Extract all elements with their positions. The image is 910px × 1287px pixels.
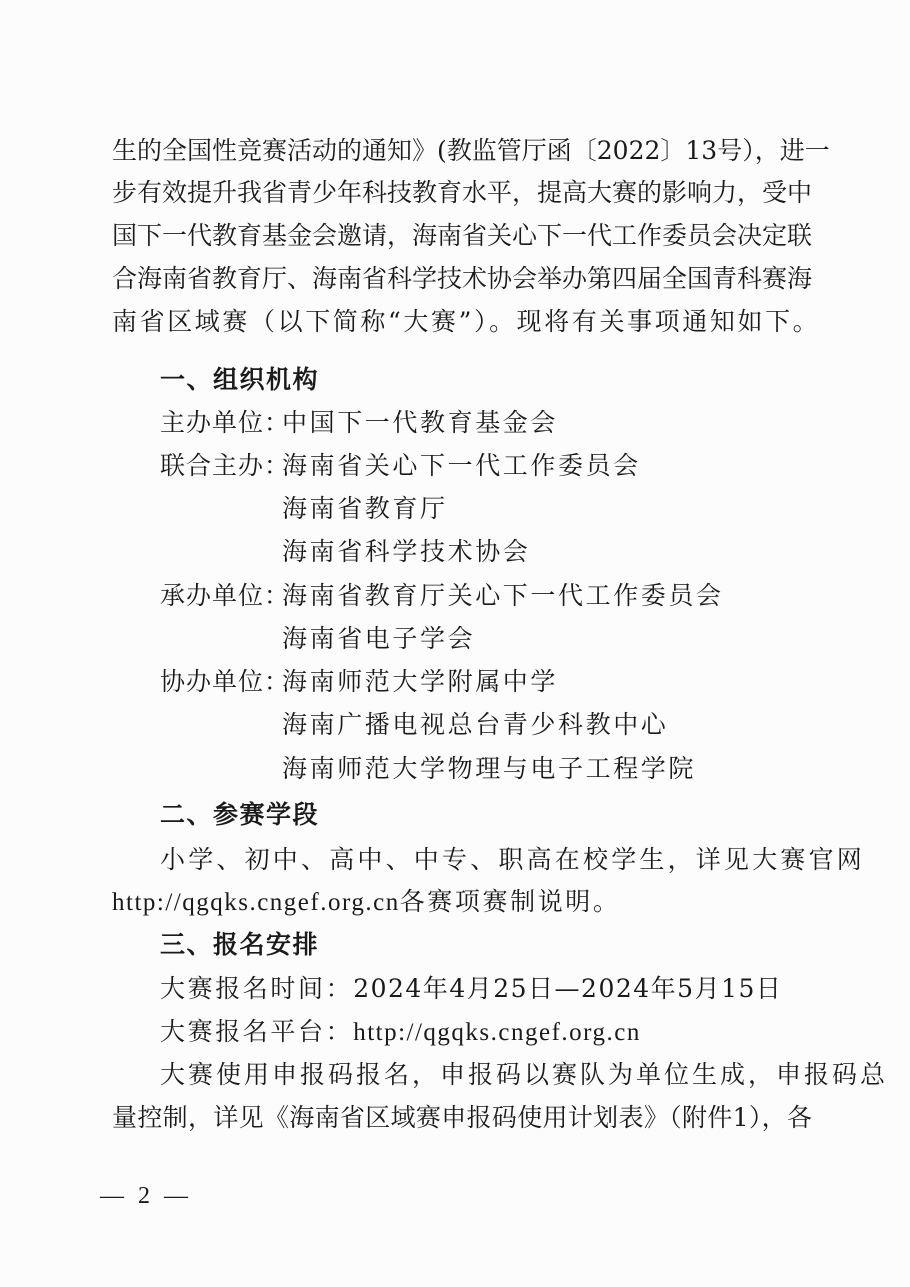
- registration-time-value: 2024年4月25日—2024年5月15日: [353, 974, 782, 1003]
- registration-platform-link[interactable]: http://qgqks.cngef.org.cn: [353, 1019, 641, 1046]
- co-organizer-value-3: 海南省科学技术协会: [282, 537, 910, 567]
- co-organizer-label: 联合主办：: [160, 451, 282, 481]
- intro-line-3: 国下一代教育基金会邀请，海南省关心下一代工作委员会决定联: [112, 221, 812, 251]
- undertaker-label: 承办单位：: [160, 581, 282, 611]
- grades-line-2-text: 各赛项赛制说明。: [400, 887, 621, 916]
- page-number: — 2 —: [100, 1183, 192, 1210]
- official-site-link[interactable]: http://qgqks.cngef.org.cn: [112, 889, 400, 916]
- assistant-label: 协办单位：: [160, 667, 282, 697]
- section-heading-grades: 二、参赛学段: [160, 800, 860, 830]
- section-heading-registration: 三、报名安排: [160, 930, 860, 960]
- intro-line-5: 南省区域赛（以下简称“大赛”）。现将有关事项通知如下。: [112, 307, 812, 337]
- intro-line-4: 合海南省教育厅、海南省科学技术协会举办第四届全国青科赛海: [112, 264, 812, 294]
- co-organizer-value-2: 海南省教育厅: [282, 494, 910, 524]
- section-heading-organization: 一、组织机构: [160, 365, 860, 395]
- organizer-label: 主办单位：: [160, 408, 282, 438]
- undertaker-row: 承办单位：海南省教育厅关心下一代工作委员会: [160, 581, 860, 611]
- assistant-row: 协办单位：海南师范大学附属中学: [160, 667, 860, 697]
- assistant-value-3: 海南师范大学物理与电子工程学院: [282, 754, 910, 784]
- intro-line-1: 生的全国性竞赛活动的通知》(教监管厅函〔2022〕13号），进一: [112, 136, 812, 166]
- intro-line-2: 步有效提升我省青少年科技教育水平，提高大赛的影响力，受中: [112, 178, 812, 208]
- undertaker-value-1: 海南省教育厅关心下一代工作委员会: [282, 581, 724, 610]
- assistant-value-2: 海南广播电视总台青少科教中心: [282, 710, 910, 740]
- co-organizer-row: 联合主办：海南省关心下一代工作委员会: [160, 451, 860, 481]
- registration-platform-row: 大赛报名平台：http://qgqks.cngef.org.cn: [160, 1017, 860, 1048]
- registration-para-line-1: 大赛使用申报码报名，申报码以赛队为单位生成，申报码总: [160, 1060, 800, 1090]
- registration-time-label: 大赛报名时间：: [160, 974, 353, 1003]
- grades-line-1: 小学、初中、高中、中专、职高在校学生，详见大赛官网: [160, 845, 800, 875]
- registration-para-line-2: 量控制，详见《海南省区域赛申报码使用计划表》（附件1），各: [112, 1103, 812, 1133]
- assistant-value-1: 海南师范大学附属中学: [282, 667, 558, 696]
- organizer-row: 主办单位：中国下一代教育基金会: [160, 408, 860, 438]
- co-organizer-value-1: 海南省关心下一代工作委员会: [282, 451, 641, 480]
- undertaker-value-2: 海南省电子学会: [282, 624, 910, 654]
- grades-line-2: http://qgqks.cngef.org.cn各赛项赛制说明。: [112, 887, 812, 918]
- registration-platform-label: 大赛报名平台：: [160, 1017, 353, 1046]
- organizer-value: 中国下一代教育基金会: [282, 408, 558, 437]
- document-page: 生的全国性竞赛活动的通知》(教监管厅函〔2022〕13号），进一 步有效提升我省…: [0, 0, 910, 1287]
- registration-time-row: 大赛报名时间：2024年4月25日—2024年5月15日: [160, 974, 860, 1004]
